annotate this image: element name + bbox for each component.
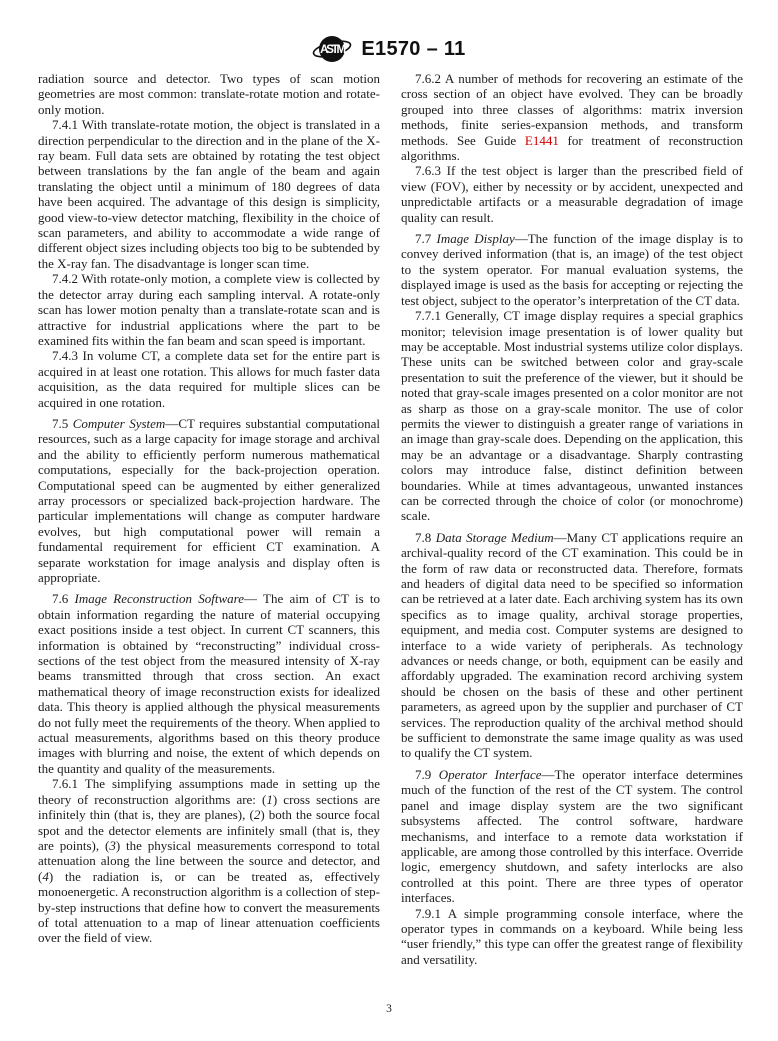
- paragraph-left-1: 7.4.1 With translate-rotate motion, the …: [38, 117, 380, 271]
- paragraph-left-5: 7.6 Image Reconstruction Software— The a…: [38, 591, 380, 776]
- body-text: 7.6.3 If the test object is larger than …: [401, 163, 743, 224]
- paragraph-left-0: radiation source and detector. Two types…: [38, 71, 380, 117]
- body-text: —Many CT applications require an archiva…: [401, 530, 743, 761]
- italic-term: Data Storage Medium: [436, 530, 554, 545]
- page-header: ASTM E1570 – 11: [0, 34, 778, 64]
- guide-e1441-link[interactable]: E1441: [525, 133, 559, 148]
- body-text: 7.9: [415, 767, 439, 782]
- left-column: radiation source and detector. Two types…: [38, 71, 380, 967]
- paragraph-right-5: 7.9 Operator Interface—The operator inte…: [401, 767, 743, 906]
- body-text: 7.9.1 A simple programming console inter…: [401, 906, 743, 967]
- italic-term: Computer System: [73, 416, 166, 431]
- body-text: 7.7: [415, 231, 437, 246]
- paragraph-right-0: 7.6.2 A number of methods for recovering…: [401, 71, 743, 163]
- italic-term: Operator Interface: [439, 767, 542, 782]
- body-text: —The operator interface determines much …: [401, 767, 743, 905]
- astm-logo-icon: ASTM: [312, 34, 352, 64]
- italic-term: Image Reconstruction Software: [75, 591, 244, 606]
- paragraph-right-2: 7.7 Image Display—The function of the im…: [401, 231, 743, 308]
- body-text: 7.7.1 Generally, CT image display requir…: [401, 308, 743, 523]
- document-page: ASTM E1570 – 11 radiation source and det…: [0, 0, 778, 1041]
- paragraph-right-4: 7.8 Data Storage Medium—Many CT applicat…: [401, 530, 743, 761]
- standard-number: E1570 – 11: [361, 38, 465, 61]
- page-footer: 3: [0, 1003, 778, 1015]
- paragraph-left-4: 7.5 Computer System—CT requires substant…: [38, 416, 380, 585]
- body-text: 7.4.1 With translate-rotate motion, the …: [38, 117, 380, 271]
- two-column-body: radiation source and detector. Two types…: [38, 71, 743, 967]
- body-text: 7.5: [52, 416, 73, 431]
- body-text: 7.4.3 In volume CT, a complete data set …: [38, 348, 380, 409]
- body-text: 7.6: [52, 591, 75, 606]
- italic-term: Image Display: [437, 231, 515, 246]
- paragraph-left-3: 7.4.3 In volume CT, a complete data set …: [38, 348, 380, 410]
- page-number: 3: [386, 1003, 392, 1015]
- paragraph-right-6: 7.9.1 A simple programming console inter…: [401, 906, 743, 968]
- body-text: — The aim of CT is to obtain information…: [38, 591, 380, 775]
- body-text: —CT requires substantial computational r…: [38, 416, 380, 585]
- body-text: radiation source and detector. Two types…: [38, 71, 380, 117]
- paragraph-left-6: 7.6.1 The simplifying assumptions made i…: [38, 776, 380, 945]
- paragraph-right-1: 7.6.3 If the test object is larger than …: [401, 163, 743, 225]
- astm-logo-letters: ASTM: [321, 44, 346, 56]
- body-text: ) the radiation is, or can be treated as…: [38, 869, 380, 946]
- body-text: 7.4.2 With rotate-only motion, a complet…: [38, 271, 380, 348]
- body-text: 7.8: [415, 530, 436, 545]
- paragraph-right-3: 7.7.1 Generally, CT image display requir…: [401, 308, 743, 524]
- paragraph-left-2: 7.4.2 With rotate-only motion, a complet…: [38, 271, 380, 348]
- right-column: 7.6.2 A number of methods for recovering…: [401, 71, 743, 967]
